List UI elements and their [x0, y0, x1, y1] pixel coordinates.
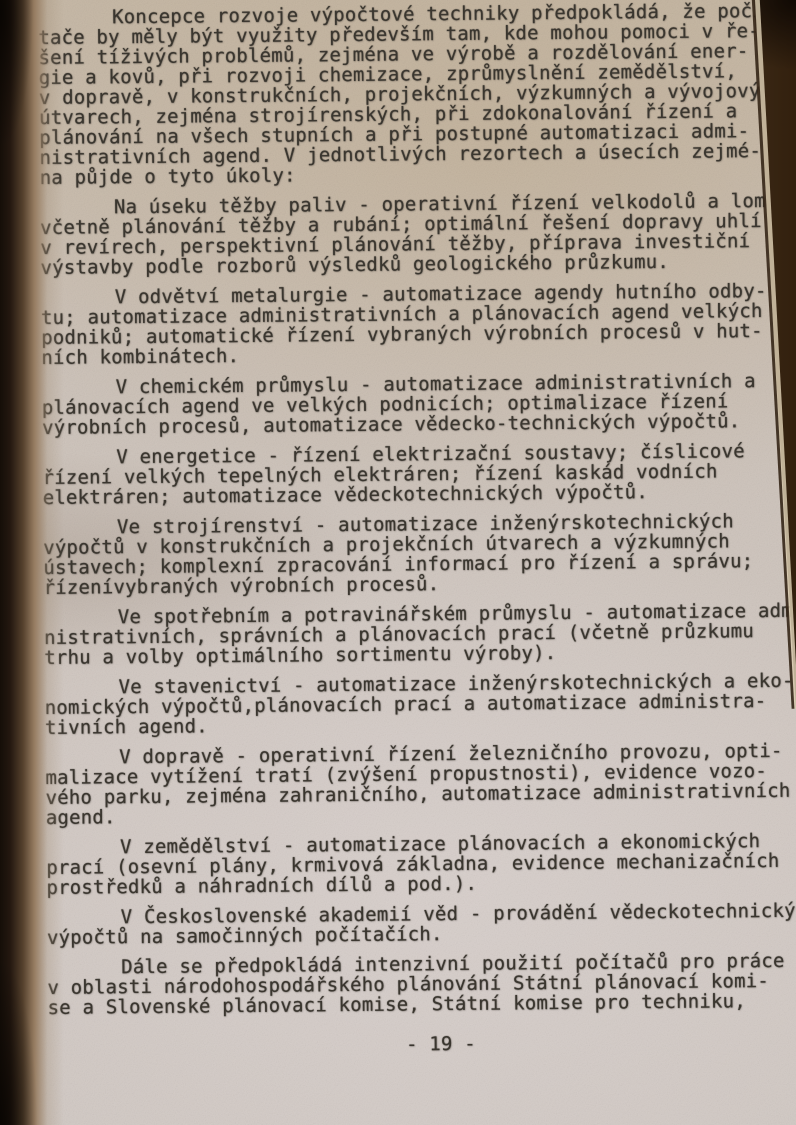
scanned-document-page: Koncepce rozvoje výpočtové techniky před… [0, 0, 796, 1125]
paragraph: Na úseku těžby paliv - operativní řízení… [40, 191, 793, 278]
page-number: - 19 - [48, 1031, 796, 1058]
paragraph: V chemickém průmyslu - automatizace admi… [42, 371, 795, 438]
typewritten-text-block: Koncepce rozvoje výpočtové techniky před… [38, 1, 796, 1058]
paragraph: V odvětví metalurgie - automatizace agen… [41, 281, 794, 368]
paragraph: Koncepce rozvoje výpočtové techniky před… [38, 1, 792, 188]
paragraph: V energetice - řízení elektrizační soust… [42, 441, 795, 508]
paragraph: V dopravě - operativní řízení železniční… [45, 741, 796, 828]
paragraph: Ve spotřebním a potravinářském průmyslu … [44, 601, 796, 668]
paragraph: Ve strojírenství - automatizace inženýrs… [43, 511, 796, 598]
paragraph: Ve stavenictví - automatizace inženýrsko… [44, 671, 796, 738]
paragraph: Dále se předpokládá intenzivní použití p… [47, 951, 796, 1018]
paragraph: V Československé akademií věd - prováděn… [47, 901, 796, 948]
paragraph: V zemědělství - automatizace plánovacích… [46, 831, 796, 898]
